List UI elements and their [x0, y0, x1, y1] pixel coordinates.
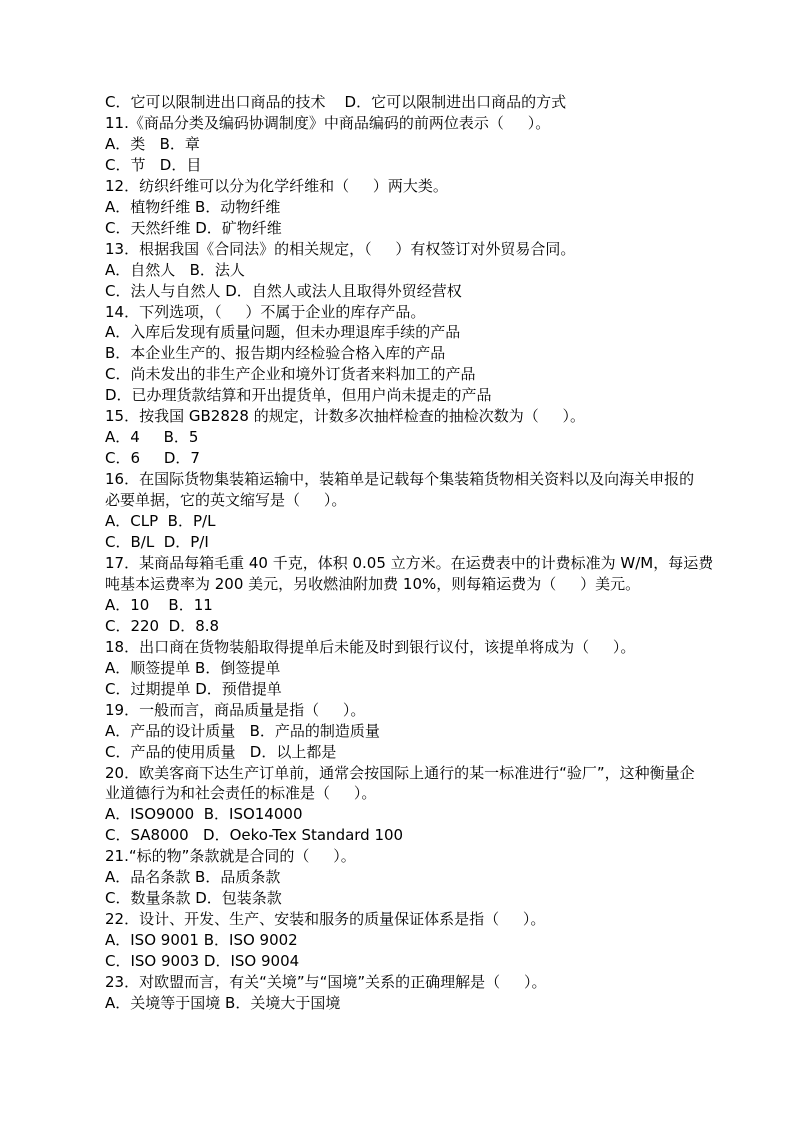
- document-line: C．过期提单 D．预借提单: [105, 679, 705, 700]
- document-line: A．类 B．章: [105, 134, 705, 155]
- document-line: C．220 D．8.8: [105, 616, 705, 637]
- document-line: B．本企业生产的、报告期内经检验合格入库的产品: [105, 343, 705, 364]
- document-line: 13．根据我国《合同法》的相关规定，（ ）有权签订对外贸易合同。: [105, 239, 705, 260]
- document-line: 18．出口商在货物装船取得提单后未能及时到银行议付，该提单将成为（ ）。: [105, 637, 705, 658]
- document-line: 11.《商品分类及编码协调制度》中商品编码的前两位表示（ ）。: [105, 113, 705, 134]
- document-line: A．4 B．5: [105, 427, 705, 448]
- document-line: 14．下列选项，（ ）不属于企业的库存产品。: [105, 302, 705, 323]
- document-line: 17．某商品每箱毛重 40 千克，体积 0.05 立方米。在运费表中的计费标准为…: [105, 553, 705, 574]
- document-line: A．关境等于国境 B．关境大于国境: [105, 993, 705, 1014]
- document-line: C．它可以限制进出口商品的技术 D．它可以限制进出口商品的方式: [105, 92, 705, 113]
- document-line: A．品名条款 B．品质条款: [105, 867, 705, 888]
- document-line: C．节 D．目: [105, 155, 705, 176]
- document-line: 21.“标的物”条款就是合同的（ ）。: [105, 846, 705, 867]
- document-line: A．顺签提单 B．倒签提单: [105, 658, 705, 679]
- document-line: A．植物纤维 B．动物纤维: [105, 197, 705, 218]
- document-line: 19．一般而言，商品质量是指（ ）。: [105, 700, 705, 721]
- document-line: 16．在国际货物集装箱运输中，装箱单是记载每个集装箱货物相关资料以及向海关申报的: [105, 469, 705, 490]
- document-line: 吨基本运费率为 200 美元，另收燃油附加费 10%，则每箱运费为（ ）美元。: [105, 574, 705, 595]
- exam-document-page: C．它可以限制进出口商品的技术 D．它可以限制进出口商品的方式11.《商品分类及…: [0, 0, 794, 1123]
- document-line: 20．欧美客商下达生产订单前，通常会按国际上通行的某一标准进行“验厂”，这种衡量…: [105, 763, 705, 784]
- document-line: 12．纺织纤维可以分为化学纤维和（ ）两大类。: [105, 176, 705, 197]
- document-line: C．6 D．7: [105, 448, 705, 469]
- document-line: C．B/L D．P/I: [105, 532, 705, 553]
- document-line: C．SA8000 D．Oeko-Tex Standard 100: [105, 825, 705, 846]
- question-list: C．它可以限制进出口商品的技术 D．它可以限制进出口商品的方式11.《商品分类及…: [105, 92, 705, 1014]
- document-line: A．入库后发现有质量问题，但未办理退库手续的产品: [105, 322, 705, 343]
- document-line: A．自然人 B．法人: [105, 260, 705, 281]
- document-line: 22．设计、开发、生产、安装和服务的质量保证体系是指（ ）。: [105, 909, 705, 930]
- document-line: C．天然纤维 D．矿物纤维: [105, 218, 705, 239]
- document-line: A．ISO9000 B．ISO14000: [105, 804, 705, 825]
- document-line: 业道德行为和社会责任的标准是（ ）。: [105, 783, 705, 804]
- document-line: 必要单据，它的英文缩写是（ ）。: [105, 490, 705, 511]
- document-line: A．CLP B．P/L: [105, 511, 705, 532]
- document-line: D．已办理货款结算和开出提货单，但用户尚未提走的产品: [105, 385, 705, 406]
- document-line: A．产品的设计质量 B．产品的制造质量: [105, 721, 705, 742]
- document-line: 15．按我国 GB2828 的规定，计数多次抽样检查的抽检次数为（ ）。: [105, 406, 705, 427]
- document-line: C．法人与自然人 D．自然人或法人且取得外贸经营权: [105, 281, 705, 302]
- document-line: 23．对欧盟而言，有关“关境”与“国境”关系的正确理解是（ ）。: [105, 972, 705, 993]
- document-line: C．ISO 9003 D．ISO 9004: [105, 951, 705, 972]
- document-line: C．产品的使用质量 D．以上都是: [105, 742, 705, 763]
- document-line: C．尚未发出的非生产企业和境外订货者来料加工的产品: [105, 364, 705, 385]
- document-line: A．10 B．11: [105, 595, 705, 616]
- document-line: C．数量条款 D．包装条款: [105, 888, 705, 909]
- document-line: A．ISO 9001 B．ISO 9002: [105, 930, 705, 951]
